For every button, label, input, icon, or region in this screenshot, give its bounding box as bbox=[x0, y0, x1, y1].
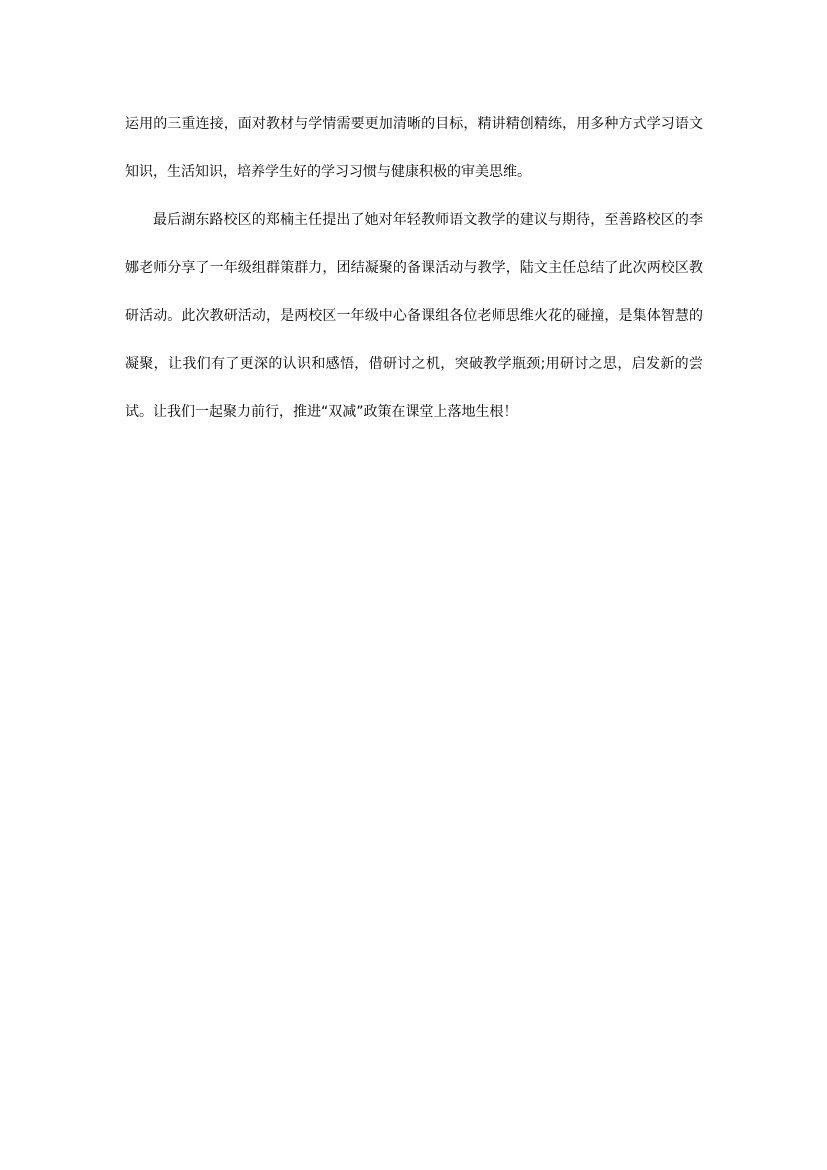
document-page: 运用的三重连接，面对教材与学情需要更加清晰的目标，精讲精创精练，用多种方式学习语… bbox=[125, 100, 703, 436]
paragraph-summary: 最后湖东路校区的郑楠主任提出了她对年轻教师语文教学的建议与期待，至善路校区的李娜… bbox=[125, 196, 703, 436]
paragraph-continuation: 运用的三重连接，面对教材与学情需要更加清晰的目标，精讲精创精练，用多种方式学习语… bbox=[125, 100, 703, 196]
